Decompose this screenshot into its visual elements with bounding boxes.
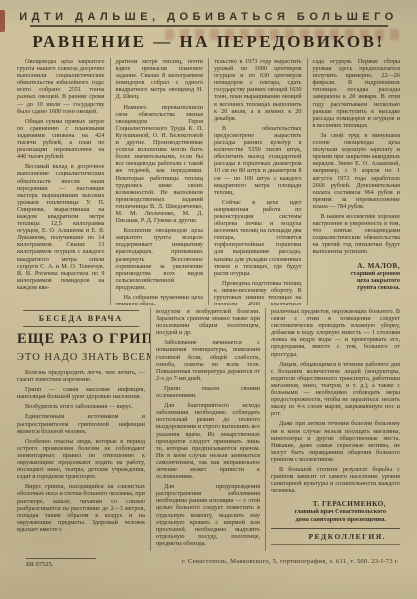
signature-line: главный врач Севастопольского bbox=[271, 508, 386, 515]
paragraph: воздухом и возбудителей болезни. Заразит… bbox=[156, 308, 260, 336]
paragraph: Единственным источником и распространите… bbox=[17, 413, 145, 434]
paragraph: Для предупреждения распространения забол… bbox=[156, 483, 260, 547]
paragraph: В большой степени результат борьбы с гри… bbox=[271, 466, 400, 494]
article1-headline: РАВНЕНИЕ — НА ПЕРЕДОВИКОВ! bbox=[12, 32, 405, 52]
article1-signature: А. МАЛОВ, старший агрономцеха закрытогог… bbox=[313, 262, 401, 292]
paragraph: Возбудитель этого заболевания — вирус. bbox=[17, 403, 145, 410]
editorial-board-label: РЕДКОЛЛЕГИЯ. bbox=[271, 528, 400, 545]
paragraph: сада огурцов. Первые сборы урожая здесь … bbox=[313, 58, 401, 129]
paragraph: В обязательствах предусмотрено вырастить… bbox=[214, 125, 302, 196]
paragraph: Коллектив овощеводов цеха закрытого грун… bbox=[116, 227, 204, 291]
paragraph: Заболевание начинается с повышения темпе… bbox=[156, 339, 260, 382]
article1-column-4-text: сада огурцов. Первые сборы урожая здесь … bbox=[313, 58, 401, 256]
article2-signature-name: Т. ГЕРАСИМЕНКО, bbox=[271, 500, 386, 508]
paragraph: На собрании труженики цеха приняли обяза… bbox=[116, 294, 204, 305]
paragraph: Овощеводы цеха закрытого грунта нашего с… bbox=[17, 58, 105, 115]
paragraph: различных предметов, окружающих больного… bbox=[271, 308, 400, 358]
paragraph: Особенно опасны люди, которые в период о… bbox=[17, 438, 145, 481]
imprint-row: БЯ 07525. г. Севастополь, Маяковского, 5… bbox=[12, 558, 405, 568]
article1-signature-name: А. МАЛОВ, bbox=[313, 262, 401, 270]
article2-column-3: различных предметов, окружающих больного… bbox=[265, 308, 405, 551]
signature-line: старший агроном bbox=[313, 270, 401, 277]
imprint-address: г. Севастополь, Маяковского, 5, гортипог… bbox=[182, 558, 399, 565]
paragraph: Общая сумма прямых затрат по сравнению с… bbox=[17, 118, 105, 161]
article-grippe: БЕСЕДА ВРАЧА ЕЩЕ РАЗ О ГРИППЕ ЭТО НАДО З… bbox=[12, 308, 405, 551]
signature-line: цеха закрытого bbox=[313, 277, 401, 284]
article1-column-4: сада огурцов. Первые сборы урожая здесь … bbox=[307, 58, 406, 305]
paragraph: Грипп опасен своими осложнениями. bbox=[156, 385, 260, 399]
newspaper-page: ИДТИ ДАЛЬШЕ, ДОБИВАТЬСЯ БОЛЬШЕГО РАВНЕНИ… bbox=[0, 0, 417, 599]
article2-signature-role: главный врач Севастопольскогодома санита… bbox=[271, 508, 386, 522]
signature-line: грунта совхоза. bbox=[313, 284, 401, 291]
paragraph: Лицам, общающимся в течение рабочего дня… bbox=[271, 361, 400, 418]
paragraph: Даже при легком течении болезни больному… bbox=[271, 420, 400, 463]
article2-subhead: ЭТО НАДО ЗНАТЬ ВСЕМ bbox=[17, 352, 145, 363]
imprint-code: БЯ 07525. bbox=[26, 558, 96, 568]
signature-line: дома санитарного просвещения. bbox=[271, 516, 386, 523]
article1-column-2: дратном метре теплиц, почти вдвое превыс… bbox=[110, 58, 209, 305]
article2-headline: ЕЩЕ РАЗ О ГРИППЕ bbox=[17, 331, 145, 348]
paragraph: Сейчас в цехе идет напряженная работа по… bbox=[214, 199, 302, 277]
article2-kicker: БЕСЕДА ВРАЧА bbox=[23, 310, 139, 327]
article2-column-3-text: различных предметов, окружающих больного… bbox=[271, 308, 400, 494]
article2-column-1-text: Болезнь предупредить легче, чем лечить, … bbox=[17, 369, 145, 533]
paragraph: Проведена подготовка теплиц к зимне-весе… bbox=[214, 280, 302, 305]
paragraph: Болезнь предупредить легче, чем лечить, … bbox=[17, 369, 145, 383]
page-slogan: ИДТИ ДАЛЬШЕ, ДОБИВАТЬСЯ БОЛЬШЕГО bbox=[12, 11, 405, 23]
paragraph: Весомый вклад в досрочное выполнение соц… bbox=[17, 163, 105, 291]
paragraph: Вирус гриппа, находящийся на слизистых о… bbox=[17, 483, 145, 533]
paragraph: Для благоприятного исхода заболевания не… bbox=[156, 402, 260, 480]
paragraph: Грипп — самая массовая инфекция, наносящ… bbox=[17, 386, 145, 400]
red-ink-mark bbox=[0, 10, 5, 32]
paragraph: Намного перевыполнили свои обязательства… bbox=[116, 104, 204, 225]
paragraph: дратном метре теплиц, почти вдвое превыс… bbox=[116, 58, 204, 101]
article2-column-1: БЕСЕДА ВРАЧА ЕЩЕ РАЗ О ГРИППЕ ЭТО НАДО З… bbox=[12, 308, 150, 551]
article2-columns: БЕСЕДА ВРАЧА ЕЩЕ РАЗ О ГРИППЕ ЭТО НАДО З… bbox=[12, 308, 405, 551]
paragraph: В нашем коллективе хорошее настроение и … bbox=[313, 213, 401, 256]
paragraph: тельство в 1973 году вырастить урожай по… bbox=[214, 58, 302, 122]
article-peredoviki: РАВНЕНИЕ — НА ПЕРЕДОВИКОВ! Овощеводы цех… bbox=[12, 32, 405, 305]
article2-signature: Т. ГЕРАСИМЕНКО, главный врач Севастополь… bbox=[271, 500, 400, 522]
article1-column-1: Овощеводы цеха закрытого грунта нашего с… bbox=[12, 58, 110, 305]
slogan-underline-rule bbox=[30, 25, 388, 27]
article1-column-3: тельство в 1973 году вырастить урожай по… bbox=[208, 58, 307, 305]
article2-column-2: воздухом и возбудителей болезни. Заразит… bbox=[150, 308, 265, 551]
paragraph: За свой труд в минувшем сезоне овощеводы… bbox=[313, 132, 401, 210]
paragraph: Возбудители гриппа в течение определенно… bbox=[156, 550, 260, 551]
article1-columns: Овощеводы цеха закрытого грунта нашего с… bbox=[12, 58, 405, 305]
article1-signature-role: старший агрономцеха закрытогогрунта совх… bbox=[313, 270, 401, 292]
